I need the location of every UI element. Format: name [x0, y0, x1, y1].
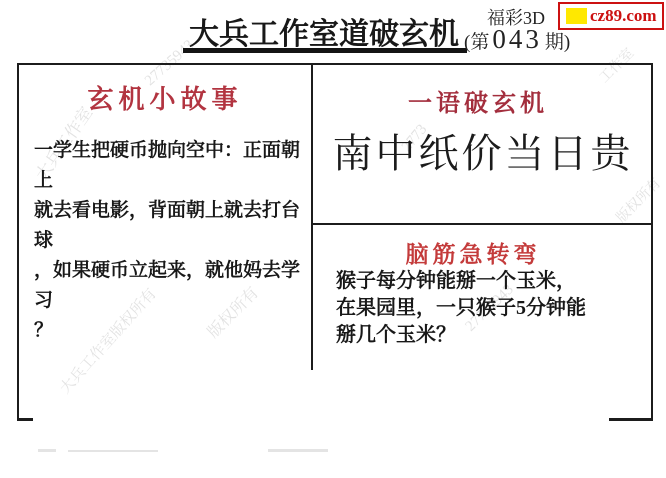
story-line: ，如果硬币立起来，就他妈去学习: [34, 256, 310, 316]
story-line: ？: [34, 316, 310, 346]
frame-bottom-left-segment: [17, 418, 33, 421]
issue-suffix: 期): [545, 32, 570, 53]
logo-square-icon: [566, 8, 587, 24]
riddle-panel-heading: 一语破玄机: [313, 83, 643, 118]
tip-sheet-page: 大兵工作室 27735943 版权所有 大兵工作室版权所有 27735943 工…: [0, 0, 666, 478]
site-logo[interactable]: cz89.com: [558, 2, 664, 30]
title-underline: [183, 48, 467, 53]
issue-prefix: (第: [464, 32, 489, 53]
page-title: 大兵工作室道破玄机: [178, 9, 470, 53]
brainteaser-line: 猴子每分钟能掰一个玉米，: [336, 268, 636, 295]
right-panel-divider: [313, 223, 653, 225]
site-logo-text: cz89.com: [590, 6, 657, 26]
scan-smudge: [68, 450, 158, 452]
issue-number: 043: [489, 24, 545, 54]
scan-smudge: [38, 449, 56, 452]
brainteaser-text: 猴子每分钟能掰一个玉米， 在果园里，一只猴子5分钟能 掰几个玉米？: [336, 268, 636, 349]
brainteaser-line: 在果园里，一只猴子5分钟能: [336, 295, 636, 322]
story-panel-heading: 玄机小故事: [17, 79, 313, 116]
issue-number-line: (第043期): [464, 24, 570, 55]
frame-bottom-right-segment: [609, 418, 653, 421]
story-panel-text: 一学生把硬币抛向空中：正面朝上 就去看电影，背面朝上就去打台球 ，如果硬币立起来…: [34, 136, 310, 346]
brainteaser-line: 掰几个玉米？: [336, 322, 636, 349]
story-line: 就去看电影，背面朝上就去打台球: [34, 196, 310, 256]
riddle-phrase: 南中纸价当日贵: [316, 122, 650, 179]
scan-smudge: [268, 449, 328, 452]
brainteaser-panel-heading: 脑筋急转弯: [313, 236, 633, 269]
story-line: 一学生把硬币抛向空中：正面朝上: [34, 136, 310, 196]
